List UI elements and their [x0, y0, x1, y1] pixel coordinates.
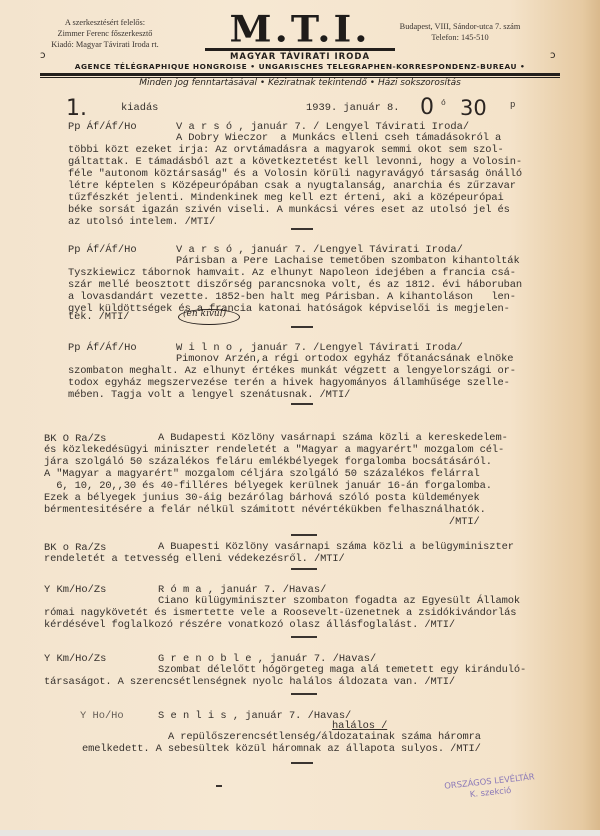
article-separator — [291, 228, 313, 230]
edition-number-handwritten: 1. — [66, 96, 87, 121]
masthead-line: Kiadó: Magyar Távirati Iroda rt. — [30, 39, 180, 50]
edition-label: kiadás — [121, 102, 158, 114]
edition-hour-suffix: ó — [441, 99, 446, 108]
article-line: tűzfészkét jelenti. Mindenkinek meg kell… — [68, 193, 504, 205]
article-line: gáltattak. E támadásból azt a következte… — [68, 157, 522, 169]
article-code: Y Km/Ho/Zs — [44, 653, 106, 665]
article-code: Y Km/Ho/Zs — [44, 584, 106, 596]
edition-hour-handwritten: 0 — [420, 95, 434, 120]
edition-date: 1939. január 8. — [306, 102, 400, 114]
article-line: emelkedett. A sebesültek közül háromnak … — [82, 744, 481, 756]
article-separator — [291, 534, 317, 536]
article-separator — [291, 636, 317, 638]
article-code: Y Ho/Ho — [80, 710, 124, 722]
article-line: gyel küldöttségek és a francia katonai h… — [68, 304, 510, 316]
masthead-address: Budapest, VIII, Sándor-utca 7. szám Tele… — [390, 21, 530, 43]
article-line: társaságot. A szerencsétlenségnek nyolc … — [44, 677, 455, 689]
article-separator — [291, 693, 317, 695]
article-code: Pp Áf/Áf/Ho — [68, 342, 137, 354]
article-line: 6, 10, 20,,30 és 40-filléres bélyegek ke… — [44, 481, 492, 493]
article-separator — [291, 326, 313, 328]
article-line: béke sorsát igazán szivén viseli. A munk… — [68, 205, 510, 217]
article-line: többi közt ezeket irja: Az orvtámadásra … — [68, 145, 504, 157]
article-line: tek. /MTI/ — [68, 312, 129, 324]
masthead-line: A szerkesztésért felelős: — [30, 17, 180, 28]
masthead-rule — [40, 73, 560, 76]
article-line: A Budapesti Közlöny vasárnapi száma közl… — [158, 433, 508, 445]
article-line: A Buapesti Közlöny vasárnapi száma közli… — [158, 542, 514, 554]
article-line: kérdésével foglalkozó részére vonatkozó … — [44, 620, 455, 632]
article-line: Tyszkiewicz tábornok hamvait. Az elhunyt… — [68, 268, 516, 280]
article-line: bérmentesitésére a felár nélkül számitot… — [44, 505, 486, 517]
article-line: jára szolgáló 50 százalékos feláru emlék… — [44, 457, 492, 469]
article-line: Szombat délelőtt hógörgeteg maga alá tem… — [158, 665, 526, 677]
masthead-line: Budapest, VIII, Sándor-utca 7. szám — [390, 21, 530, 32]
article-line: rendeletét a tetvesség elleni védekezésr… — [44, 554, 345, 566]
handwritten-annotation: (en kívül) — [183, 309, 226, 319]
stray-mark — [216, 785, 222, 787]
ornament-scroll-icon: ɔ — [550, 50, 556, 61]
masthead-bar — [205, 48, 395, 51]
article-line: Pimonov Arzén,a régi ortodox egyház főta… — [176, 354, 513, 366]
article-line: /MTI/ — [44, 517, 480, 529]
article-separator — [291, 403, 313, 405]
article-separator — [291, 762, 313, 764]
article-line: római nagykövetét és ismertette vele a R… — [44, 608, 516, 620]
masthead-editor-info: A szerkesztésért felelős: Zimmer Ferenc … — [30, 17, 180, 50]
masthead-line: Zimmer Ferenc főszerkesztő — [30, 28, 180, 39]
article-line: féle "autonom köztársaság" és a Volosin … — [68, 169, 522, 181]
article-line: A "Magyar a magyarért" mozgalom céljára … — [44, 469, 480, 481]
article-line: szár mellé beosztott diszőrség parancsno… — [68, 280, 522, 292]
masthead-line: Telefon: 145-510 — [390, 32, 530, 43]
article-line: todox egyház megszervezése terén a hivek… — [68, 378, 510, 390]
article-line: Párisban a Pere Lachaise temetőben szomb… — [176, 256, 520, 268]
article-line: az utolsó intelem. /MTI/ — [68, 217, 215, 229]
article-separator — [291, 568, 317, 570]
masthead-agency-name: MAGYAR TÁVIRATI IRODA — [205, 52, 395, 62]
edition-minute-suffix: p — [510, 100, 515, 110]
article-code: Pp Áf/Áf/Ho — [68, 244, 137, 256]
article-line: Ezek a bélyegek junius 30-áig bezárólag … — [44, 493, 480, 505]
archive-stamp: ORSZÁGOS LEVÉLTÁR K. szekció — [439, 771, 541, 803]
article-line: létre képtelen s Középeurópában csak a n… — [68, 181, 516, 193]
document-page: A szerkesztésért felelős: Zimmer Ferenc … — [0, 0, 600, 830]
mti-logo: M.T.I. — [195, 13, 405, 45]
article-line: A Dobry Wieczor a Munkács elleni cseh tá… — [176, 133, 501, 145]
article-line: és közlekedésügyi miniszter rendeletét a… — [44, 445, 504, 457]
edition-minute-handwritten: 30 — [460, 96, 487, 120]
article-code: Pp Áf/Áf/Ho — [68, 121, 137, 133]
article-dateline: S e n l i s , január 7. /Havas/ — [158, 710, 351, 722]
masthead-notice: Minden jog fenntartásával • Kéziratnak t… — [40, 78, 560, 88]
article-line: a lovasdandárt vezette. 1852-ben halt me… — [68, 292, 516, 304]
ornament-scroll-icon: ↄ — [40, 50, 46, 61]
masthead-agency-subtitle: AGENCE TÉLÉGRAPHIQUE HONGROISE • UNGARIS… — [44, 62, 556, 71]
article-line: mében. Tagja volt a lengyel szenátusnak.… — [68, 390, 350, 402]
article-line: szombaton meghalt. Az elhunyt értékes mu… — [68, 366, 516, 378]
article-line: Ciano külügyminiszter szombaton fogadta … — [158, 596, 520, 608]
article-line: A repülőszerencsétlenség/áldozatainak sz… — [168, 732, 481, 744]
